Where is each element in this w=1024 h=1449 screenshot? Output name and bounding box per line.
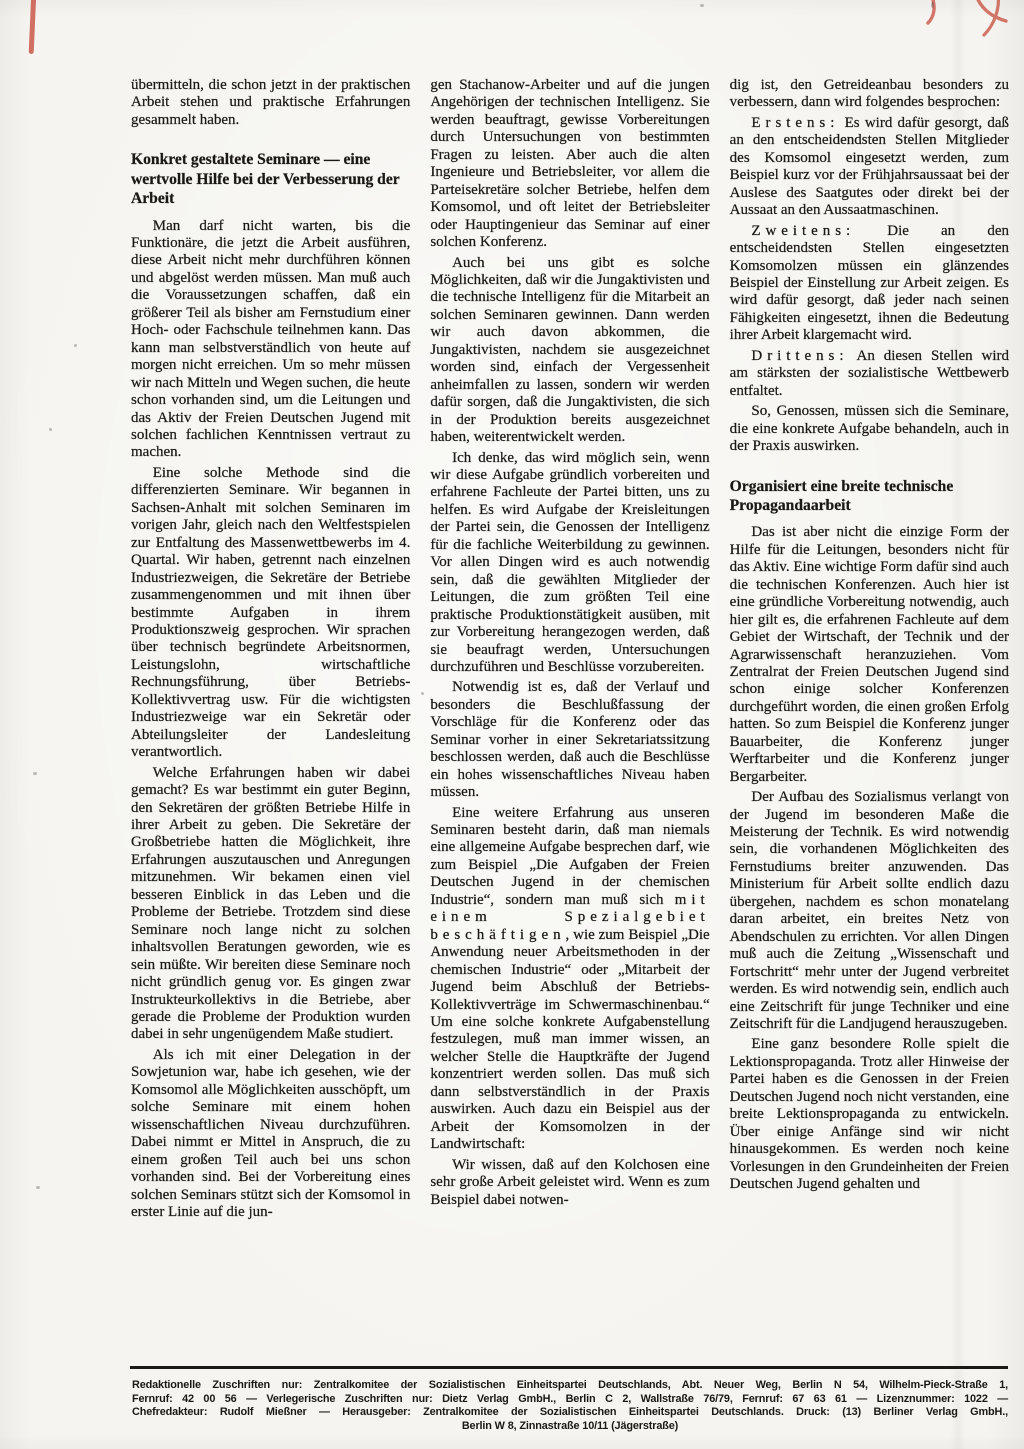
- letterspaced-emphasis: Erstens:: [751, 115, 839, 131]
- body-paragraph: Das ist aber nicht die einzige Form der …: [730, 524, 1009, 786]
- imprint-line: Chefredakteur: Rudolf Mießner — Herausge…: [132, 1406, 1008, 1420]
- imprint-line: Fernruf: 42 00 56 — Verlegerische Zuschr…: [132, 1393, 1008, 1407]
- text-run: Notwendig ist es, daß der Verlauf und be…: [430, 679, 709, 800]
- imprint-line: Berlin W 8, Zinnastraße 10/11 (Jägerstra…: [132, 1420, 1008, 1434]
- body-paragraph: Ich denke, das wird möglich sein, wenn w…: [430, 450, 709, 677]
- body-paragraph: übermitteln, die schon jetzt in der prak…: [131, 77, 410, 129]
- text-run: Welche Erfahrungen haben wir dabei gemac…: [131, 765, 410, 1043]
- body-paragraph: dig ist, den Getreideanbau besonders zu …: [730, 77, 1009, 112]
- body-paragraph: Als ich mit einer Delegation in der Sowj…: [131, 1047, 410, 1222]
- text-run: Man darf nicht warten, bis die Funktionä…: [131, 218, 410, 461]
- body-paragraph: Notwendig ist es, daß der Verlauf und be…: [430, 679, 709, 801]
- text-run: gen Stachanow-Arbeiter und auf die junge…: [430, 77, 709, 250]
- red-pencil-mark-top-left: [29, 0, 37, 54]
- imprint-footer: Redaktionelle Zuschriften nur: Zentralko…: [132, 1379, 1008, 1434]
- footer-divider-rule: [130, 1366, 1008, 1369]
- text-run: Organisiert eine breite technische Propa…: [730, 478, 954, 514]
- text-run: Das ist aber nicht die einzige Form der …: [730, 524, 1009, 784]
- text-run: , wie zum Beispiel „Die Anwendung neuer …: [430, 927, 709, 1152]
- text-run: Konkret gestaltete Seminare — eine wertv…: [131, 151, 399, 207]
- body-paragraph: gen Stachanow-Arbeiter und auf die junge…: [430, 77, 709, 252]
- body-paragraph: Welche Erfahrungen haben wir dabei gemac…: [131, 765, 410, 1044]
- body-paragraph: Man darf nicht warten, bis die Funktionä…: [131, 218, 410, 462]
- body-paragraph: Wir wissen, daß auf den Kolchosen eine s…: [430, 1157, 709, 1209]
- section-heading: Organisiert eine breite technische Propa…: [730, 477, 1009, 516]
- body-paragraph: Erstens: Es wird dafür gesorgt, daß an d…: [730, 115, 1009, 220]
- text-run: Als ich mit einer Delegation in der Sowj…: [131, 1047, 410, 1220]
- article-text-columns: übermitteln, die schon jetzt in der prak…: [131, 77, 1009, 1361]
- article-column-1: übermitteln, die schon jetzt in der prak…: [131, 77, 410, 1361]
- text-run: Wir wissen, daß auf den Kolchosen eine s…: [430, 1157, 709, 1208]
- section-heading: Konkret gestaltete Seminare — eine wertv…: [131, 150, 410, 208]
- text-run: dig ist, den Getreideanbau besonders zu …: [730, 77, 1009, 110]
- article-column-3: dig ist, den Getreideanbau besonders zu …: [730, 77, 1009, 1361]
- text-run: übermitteln, die schon jetzt in der prak…: [131, 77, 410, 128]
- article-column-2: gen Stachanow-Arbeiter und auf die junge…: [430, 77, 709, 1361]
- text-run: Eine solche Methode sind die differenzie…: [131, 465, 410, 760]
- letterspaced-emphasis: Drittens:: [751, 348, 848, 364]
- body-paragraph: Eine solche Methode sind die differenzie…: [131, 465, 410, 762]
- letterspaced-emphasis: Zweitens:: [751, 223, 855, 239]
- text-run: Ich denke, das wird möglich sein, wenn w…: [430, 450, 709, 675]
- text-run: Die an den entscheidendsten Stellen eing…: [730, 223, 1009, 344]
- body-paragraph: So, Genossen, müssen sich die Seminare, …: [730, 403, 1009, 455]
- text-run: Auch bei uns gibt es solche Möglichkeite…: [430, 255, 709, 446]
- red-pencil-marks-top-right: [918, 0, 1020, 55]
- body-paragraph: Drittens: An diesen Stellen wird am stär…: [730, 348, 1009, 400]
- body-paragraph: Der Aufbau des Sozialismus verlangt von …: [730, 789, 1009, 1033]
- imprint-line: Redaktionelle Zuschriften nur: Zentralko…: [132, 1379, 1008, 1393]
- scanned-document-page: übermitteln, die schon jetzt in der prak…: [0, 0, 1024, 1449]
- body-paragraph: Auch bei uns gibt es solche Möglichkeite…: [430, 255, 709, 447]
- text-run: So, Genossen, müssen sich die Seminare, …: [730, 403, 1009, 454]
- body-paragraph: Zweitens: Die an den entscheidendsten St…: [730, 223, 1009, 345]
- text-run: Der Aufbau des Sozialismus verlangt von …: [730, 789, 1009, 1032]
- body-paragraph: Eine ganz besondere Rolle spielt die Lek…: [730, 1036, 1009, 1193]
- text-run: Eine weitere Erfahrung aus unseren Semin…: [430, 805, 709, 908]
- text-run: Eine ganz besondere Rolle spielt die Lek…: [730, 1036, 1009, 1192]
- body-paragraph: Eine weitere Erfahrung aus unseren Semin…: [430, 805, 709, 1154]
